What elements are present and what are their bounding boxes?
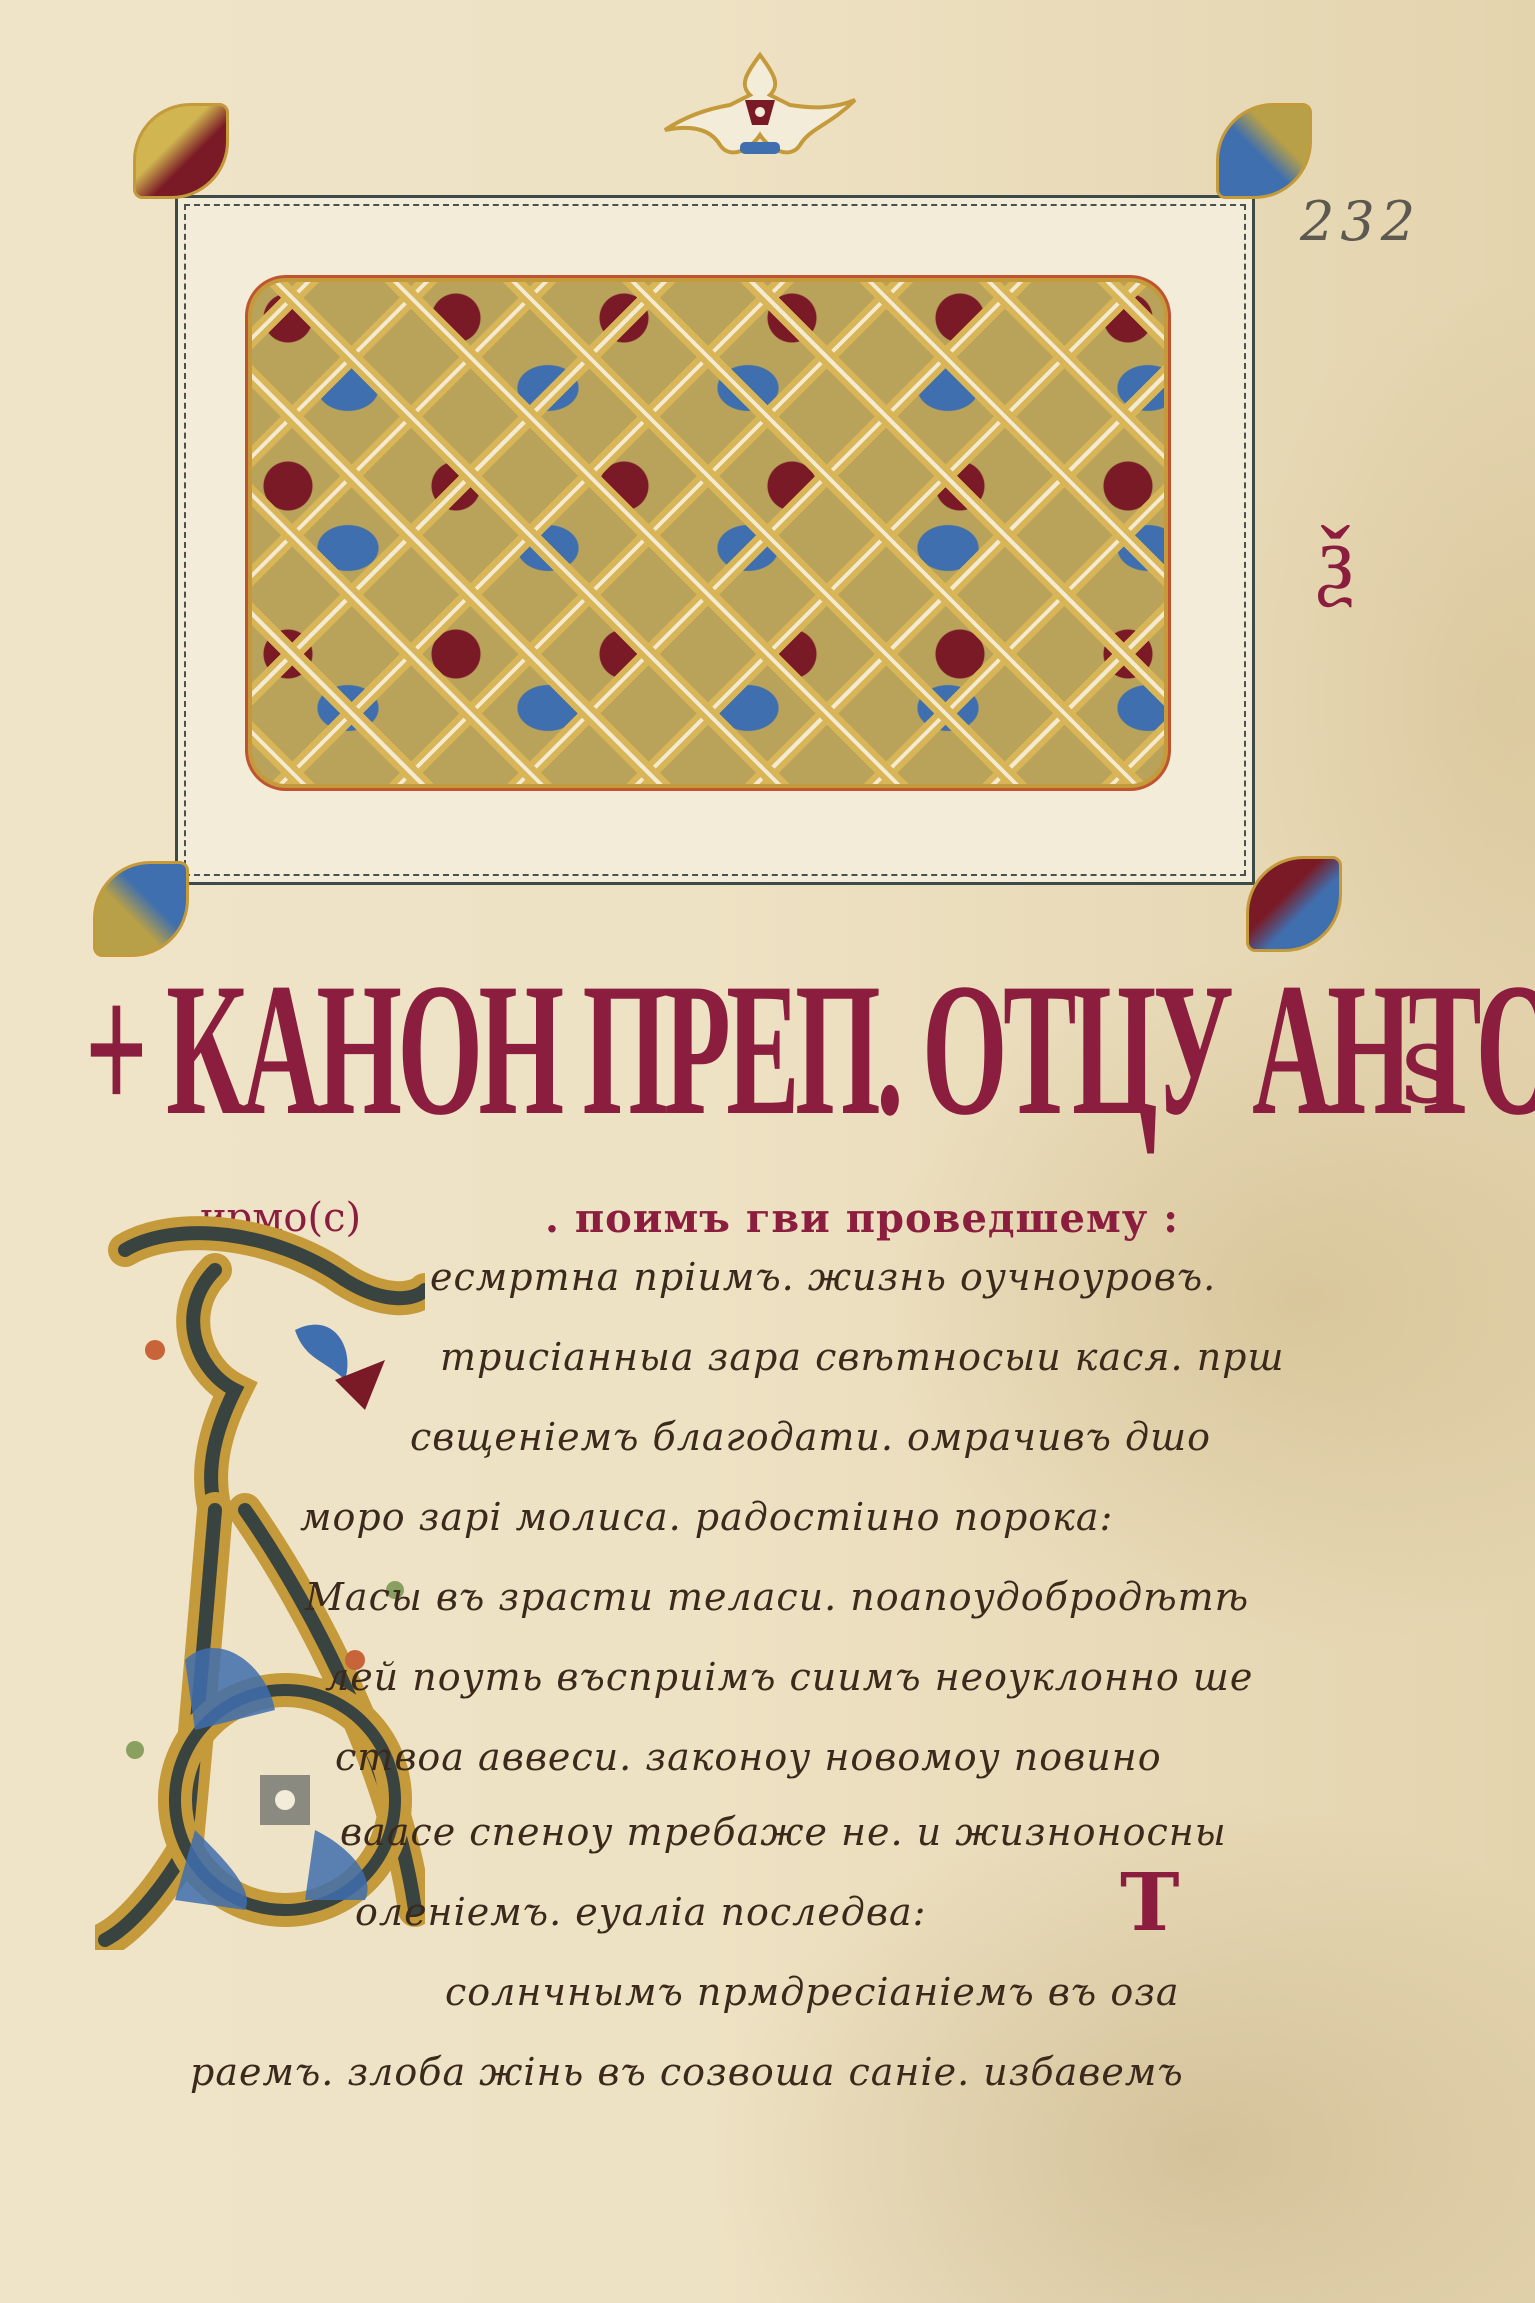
red-initial-letter: Т bbox=[1120, 1855, 1181, 1949]
margin-note-right: ѕ bbox=[1400, 1000, 1456, 1128]
text-line: трисiанныа зара свѣтносыи кася. прш bbox=[440, 1335, 1285, 1379]
crown-finial-ornament bbox=[660, 50, 860, 170]
palmette-corner-bottom-left-icon bbox=[93, 861, 189, 957]
palmette-corner-bottom-right-icon bbox=[1246, 856, 1342, 952]
folio-number: 232 bbox=[1300, 190, 1421, 253]
palmette-corner-top-right-icon bbox=[1216, 103, 1312, 199]
headpiece-frame bbox=[175, 195, 1255, 885]
text-line: раемъ. злоба жiнь въ созвоша санiе. изба… bbox=[190, 2050, 1184, 2094]
page-title: + КАНОН ПРЕП. ОТЦУ АНТОНИЮ. ГЛА. И. П. bbox=[85, 955, 1535, 1145]
text-line: солнчнымъ прмдресiанiемъ въ оза bbox=[445, 1970, 1180, 2014]
text-line: есмртна прiимъ. жизнь оучноуровъ. bbox=[430, 1255, 1216, 1299]
text-line: ваасе спеноу требаже не. и жизноносны bbox=[340, 1810, 1227, 1854]
text-line: Масы въ зрасти теласи. поапоудобродѣтѣ bbox=[305, 1575, 1249, 1619]
text-line: свщенiемъ благодати. омрачивъ дшо bbox=[410, 1415, 1211, 1459]
text-line: оленiемъ. еуалiа последва: bbox=[355, 1890, 926, 1934]
text-line: лей поуть въсприiмъ сиимъ неоуклонно ше bbox=[325, 1655, 1253, 1699]
text-line: ствоа аввеси. законоу новомоу повино bbox=[335, 1735, 1162, 1779]
palmette-corner-top-left-icon bbox=[133, 103, 229, 199]
rubric-text: . поимъ гви проведшему : bbox=[545, 1195, 1179, 1242]
text-line: моро зарi молиса. радостiино порока: bbox=[300, 1495, 1113, 1539]
interlace-knotwork-field bbox=[248, 278, 1168, 788]
margin-note-top: ѯ bbox=[1318, 505, 1354, 610]
